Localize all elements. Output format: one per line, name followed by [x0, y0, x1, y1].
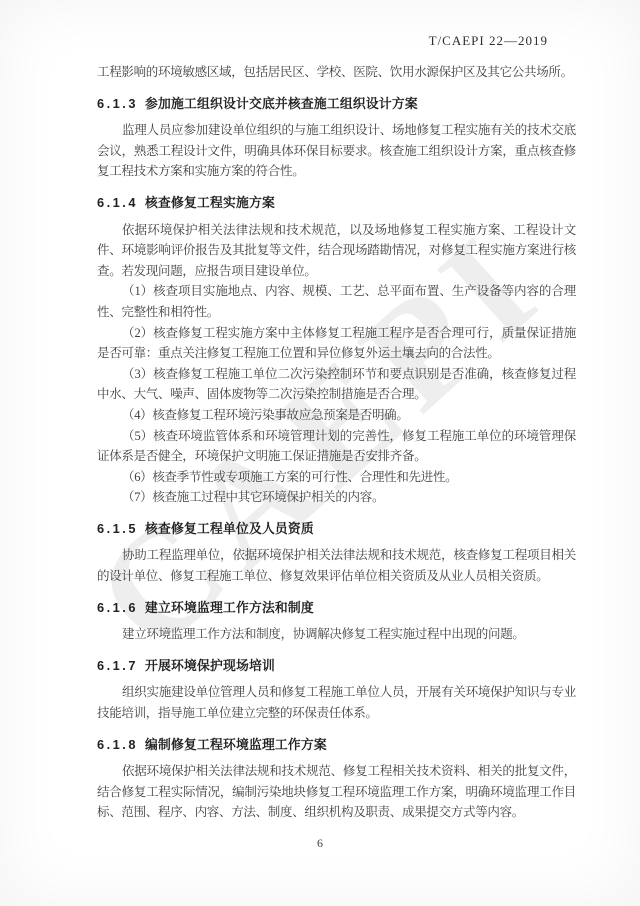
document-page: CAEPI T/CAEPI 22—2019 工程影响的环境敏感区域，包括居民区、…	[0, 0, 640, 906]
body-paragraph: （6）核查季节性或专项施工方案的可行性、合理性和先进性。	[97, 467, 576, 488]
section-number: 6.1.8	[97, 737, 138, 752]
section-number: 6.1.5	[97, 521, 138, 536]
section-heading: 6.1.6建立环境监理工作方法和制度	[97, 598, 576, 619]
body-paragraph: （5）核查环境监管体系和环境管理计划的完善性，修复工程施工单位的环境管理保证体系…	[97, 426, 576, 467]
section-title: 编制修复工程环境监理工作方案	[145, 737, 327, 752]
section-heading: 6.1.5核查修复工程单位及人员资质	[97, 519, 576, 540]
section-number: 6.1.4	[97, 195, 138, 210]
body-paragraph: （4）核查修复工程环境污染事故应急预案是否明确。	[97, 405, 576, 426]
section-title: 核查修复工程单位及人员资质	[145, 521, 314, 536]
section-title: 参加施工组织设计交底并核查施工组织设计方案	[145, 96, 418, 111]
body-paragraph: 依据环境保护相关法律法规和技术规范，以及场地修复工程实施方案、工程设计文件、环境…	[97, 220, 576, 282]
section-title: 开展环境保护现场培训	[145, 658, 275, 673]
section-heading: 6.1.7开展环境保护现场培训	[97, 656, 576, 677]
document-body: 工程影响的环境敏感区域，包括居民区、学校、医院、饮用水源保护区及其它公共场所。6…	[97, 62, 576, 823]
section-number: 6.1.7	[97, 658, 138, 673]
body-paragraph: （3）核查修复工程施工单位二次污染控制环节和要点识别是否准确，核查修复过程中水、…	[97, 364, 576, 405]
standard-number-header: T/CAEPI 22—2019	[429, 33, 548, 49]
section-number: 6.1.3	[97, 96, 138, 111]
body-paragraph: 依据环境保护相关法律法规和技术规范、修复工程相关技术资料、相关的批复文件，结合修…	[97, 761, 576, 823]
body-paragraph: 工程影响的环境敏感区域，包括居民区、学校、医院、饮用水源保护区及其它公共场所。	[97, 62, 576, 83]
body-paragraph: 协助工程监理单位，依据环境保护相关法律法规和技术规范，核查修复工程项目相关的设计…	[97, 545, 576, 586]
body-paragraph: （1）核查项目实施地点、内容、规模、工艺、总平面布置、生产设备等内容的合理性、完…	[97, 281, 576, 322]
body-paragraph: 监理人员应参加建设单位组织的与施工组织设计、场地修复工程实施有关的技术交底会议，…	[97, 120, 576, 182]
section-heading: 6.1.3参加施工组织设计交底并核查施工组织设计方案	[97, 94, 576, 115]
body-paragraph: （7）核查施工过程中其它环境保护相关的内容。	[97, 487, 576, 508]
page-number: 6	[0, 836, 640, 851]
body-paragraph: （2）核查修复工程实施方案中主体修复工程施工程序是否合理可行，质量保证措施是否可…	[97, 323, 576, 364]
body-paragraph: 建立环境监理工作方法和制度，协调解决修复工程实施过程中出现的问题。	[97, 624, 576, 645]
body-paragraph: 组织实施建设单位管理人员和修复工程施工单位人员，开展有关环境保护知识与专业技能培…	[97, 682, 576, 723]
section-heading: 6.1.4核查修复工程实施方案	[97, 193, 576, 214]
section-number: 6.1.6	[97, 600, 138, 615]
section-title: 建立环境监理工作方法和制度	[145, 600, 314, 615]
section-title: 核查修复工程实施方案	[145, 195, 275, 210]
section-heading: 6.1.8编制修复工程环境监理工作方案	[97, 735, 576, 756]
